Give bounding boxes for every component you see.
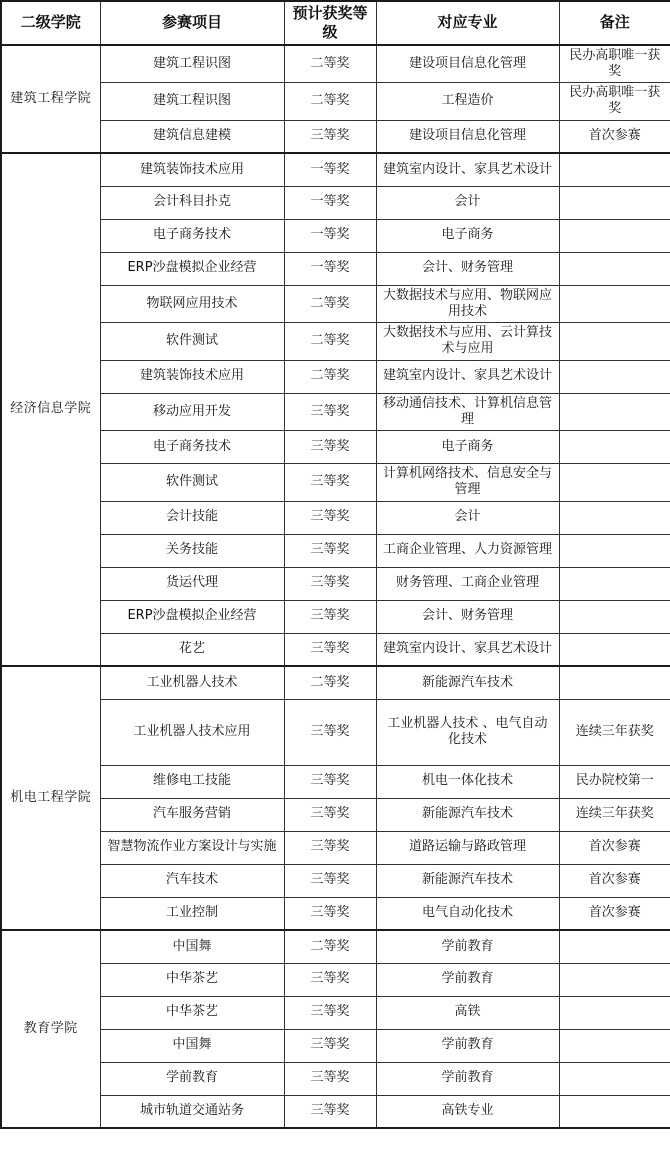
award-cell: 三等奖 [284,1029,376,1062]
major-cell: 财务管理、工商企业管理 [376,567,559,600]
award-cell: 二等奖 [284,930,376,963]
note-cell [559,963,670,996]
header-project: 参赛项目 [100,1,284,45]
project-cell: 工业机器人技术 [100,666,284,699]
award-cell: 三等奖 [284,567,376,600]
note-cell [559,1062,670,1095]
award-cell: 三等奖 [284,534,376,567]
table-row: 物联网应用技术二等奖大数据技术与应用、物联网应用技术 [1,285,670,323]
note-cell: 首次参赛 [559,864,670,897]
major-cell: 学前教育 [376,930,559,963]
project-cell: 建筑工程识图 [100,83,284,121]
project-cell: 汽车服务营销 [100,798,284,831]
note-cell: 民办高职唯一获奖 [559,83,670,121]
table-row: ERP沙盘模拟企业经营三等奖会计、财务管理 [1,600,670,633]
major-cell: 学前教育 [376,1029,559,1062]
project-cell: 学前教育 [100,1062,284,1095]
project-cell: 建筑装饰技术应用 [100,153,284,186]
header-note: 备注 [559,1,670,45]
major-cell: 高铁 [376,996,559,1029]
note-cell [559,323,670,361]
project-cell: 移动应用开发 [100,393,284,431]
project-cell: 智慧物流作业方案设计与实施 [100,831,284,864]
header-college: 二级学院 [1,1,100,45]
table-row: 中华茶艺三等奖学前教育 [1,963,670,996]
table-row: 机电工程学院工业机器人技术二等奖新能源汽车技术 [1,666,670,699]
table-header: 二级学院 参赛项目 预计获奖等级 对应专业 备注 [1,1,670,45]
table-body: 建筑工程学院建筑工程识图二等奖建设项目信息化管理民办高职唯一获奖建筑工程识图二等… [1,45,670,1129]
table-row: 电子商务技术三等奖电子商务 [1,431,670,464]
table-row: 工业机器人技术应用三等奖工业机器人技术 、电气自动化技术连续三年获奖 [1,699,670,765]
major-cell: 新能源汽车技术 [376,666,559,699]
table-row: 智慧物流作业方案设计与实施三等奖道路运输与路政管理首次参赛 [1,831,670,864]
major-cell: 工程造价 [376,83,559,121]
award-cell: 二等奖 [284,323,376,361]
header-major: 对应专业 [376,1,559,45]
table-row: ERP沙盘模拟企业经营一等奖会计、财务管理 [1,252,670,285]
project-cell: 物联网应用技术 [100,285,284,323]
major-cell: 会计、财务管理 [376,252,559,285]
award-cell: 三等奖 [284,600,376,633]
note-cell [559,153,670,186]
table-row: 中国舞三等奖学前教育 [1,1029,670,1062]
award-cell: 二等奖 [284,45,376,83]
major-cell: 学前教育 [376,1062,559,1095]
major-cell: 电子商务 [376,219,559,252]
award-cell: 三等奖 [284,633,376,666]
project-cell: 建筑信息建模 [100,120,284,153]
major-cell: 移动通信技术、计算机信息管理 [376,393,559,431]
major-cell: 建筑室内设计、家具艺术设计 [376,153,559,186]
table-row: 建筑工程识图二等奖工程造价民办高职唯一获奖 [1,83,670,121]
table-row: 教育学院中国舞二等奖学前教育 [1,930,670,963]
major-cell: 大数据技术与应用、云计算技术与应用 [376,323,559,361]
award-cell: 一等奖 [284,153,376,186]
major-cell: 会计 [376,186,559,219]
project-cell: 建筑装饰技术应用 [100,360,284,393]
major-cell: 大数据技术与应用、物联网应用技术 [376,285,559,323]
award-cell: 二等奖 [284,360,376,393]
project-cell: 中华茶艺 [100,963,284,996]
award-cell: 二等奖 [284,83,376,121]
project-cell: 电子商务技术 [100,431,284,464]
project-cell: ERP沙盘模拟企业经营 [100,600,284,633]
project-cell: 会计科目扑克 [100,186,284,219]
major-cell: 学前教育 [376,963,559,996]
note-cell [559,393,670,431]
note-cell: 首次参赛 [559,897,670,930]
major-cell: 电气自动化技术 [376,897,559,930]
college-cell: 建筑工程学院 [1,45,100,154]
note-cell [559,600,670,633]
table-row: 花艺三等奖建筑室内设计、家具艺术设计 [1,633,670,666]
note-cell: 首次参赛 [559,831,670,864]
major-cell: 电子商务 [376,431,559,464]
award-cell: 三等奖 [284,120,376,153]
note-cell [559,360,670,393]
note-cell: 连续三年获奖 [559,798,670,831]
table-row: 建筑信息建模三等奖建设项目信息化管理首次参赛 [1,120,670,153]
project-cell: 城市轨道交通站务 [100,1095,284,1128]
major-cell: 新能源汽车技术 [376,864,559,897]
major-cell: 会计、财务管理 [376,600,559,633]
college-cell: 教育学院 [1,930,100,1128]
note-cell: 连续三年获奖 [559,699,670,765]
note-cell [559,219,670,252]
note-cell [559,464,670,502]
table-row: 货运代理三等奖财务管理、工商企业管理 [1,567,670,600]
college-cell: 经济信息学院 [1,153,100,666]
table-row: 经济信息学院建筑装饰技术应用一等奖建筑室内设计、家具艺术设计 [1,153,670,186]
note-cell [559,1095,670,1128]
header-award: 预计获奖等级 [284,1,376,45]
project-cell: 工业机器人技术应用 [100,699,284,765]
project-cell: 建筑工程识图 [100,45,284,83]
award-cell: 二等奖 [284,285,376,323]
award-cell: 三等奖 [284,1062,376,1095]
project-cell: 软件测试 [100,464,284,502]
major-cell: 机电一体化技术 [376,765,559,798]
header-row: 二级学院 参赛项目 预计获奖等级 对应专业 备注 [1,1,670,45]
major-cell: 计算机网络技术、信息安全与管理 [376,464,559,502]
table-row: 学前教育三等奖学前教育 [1,1062,670,1095]
project-cell: ERP沙盘模拟企业经营 [100,252,284,285]
major-cell: 新能源汽车技术 [376,798,559,831]
project-cell: 工业控制 [100,897,284,930]
project-cell: 中国舞 [100,930,284,963]
document-page: 二级学院 参赛项目 预计获奖等级 对应专业 备注 建筑工程学院建筑工程识图二等奖… [0,0,670,1176]
major-cell: 工商企业管理、人力资源管理 [376,534,559,567]
project-cell: 中国舞 [100,1029,284,1062]
project-cell: 软件测试 [100,323,284,361]
table-row: 会计技能三等奖会计 [1,501,670,534]
table-row: 建筑装饰技术应用二等奖建筑室内设计、家具艺术设计 [1,360,670,393]
project-cell: 花艺 [100,633,284,666]
note-cell [559,431,670,464]
table-row: 软件测试二等奖大数据技术与应用、云计算技术与应用 [1,323,670,361]
note-cell [559,996,670,1029]
award-cell: 三等奖 [284,393,376,431]
award-cell: 三等奖 [284,897,376,930]
award-cell: 一等奖 [284,186,376,219]
major-cell: 会计 [376,501,559,534]
major-cell: 建设项目信息化管理 [376,45,559,83]
award-cell: 三等奖 [284,501,376,534]
project-cell: 关务技能 [100,534,284,567]
project-cell: 电子商务技术 [100,219,284,252]
note-cell [559,633,670,666]
major-cell: 建筑室内设计、家具艺术设计 [376,633,559,666]
note-cell [559,285,670,323]
project-cell: 中华茶艺 [100,996,284,1029]
note-cell [559,930,670,963]
award-cell: 三等奖 [284,765,376,798]
table-row: 建筑工程学院建筑工程识图二等奖建设项目信息化管理民办高职唯一获奖 [1,45,670,83]
major-cell: 道路运输与路政管理 [376,831,559,864]
award-cell: 二等奖 [284,666,376,699]
note-cell [559,186,670,219]
award-cell: 三等奖 [284,996,376,1029]
table-row: 维修电工技能三等奖机电一体化技术民办院校第一 [1,765,670,798]
award-cell: 三等奖 [284,864,376,897]
note-cell [559,252,670,285]
award-cell: 三等奖 [284,798,376,831]
note-cell [559,534,670,567]
award-cell: 三等奖 [284,1095,376,1128]
award-cell: 三等奖 [284,431,376,464]
project-cell: 汽车技术 [100,864,284,897]
table-row: 移动应用开发三等奖移动通信技术、计算机信息管理 [1,393,670,431]
note-cell [559,501,670,534]
award-cell: 三等奖 [284,464,376,502]
project-cell: 维修电工技能 [100,765,284,798]
note-cell: 民办高职唯一获奖 [559,45,670,83]
note-cell: 民办院校第一 [559,765,670,798]
table-row: 会计科目扑克一等奖会计 [1,186,670,219]
major-cell: 工业机器人技术 、电气自动化技术 [376,699,559,765]
table-row: 城市轨道交通站务三等奖高铁专业 [1,1095,670,1128]
major-cell: 高铁专业 [376,1095,559,1128]
note-cell: 首次参赛 [559,120,670,153]
table-row: 汽车服务营销三等奖新能源汽车技术连续三年获奖 [1,798,670,831]
table-row: 电子商务技术一等奖电子商务 [1,219,670,252]
note-cell [559,567,670,600]
project-cell: 会计技能 [100,501,284,534]
table-row: 软件测试三等奖计算机网络技术、信息安全与管理 [1,464,670,502]
major-cell: 建筑室内设计、家具艺术设计 [376,360,559,393]
award-cell: 一等奖 [284,219,376,252]
award-table: 二级学院 参赛项目 预计获奖等级 对应专业 备注 建筑工程学院建筑工程识图二等奖… [0,0,670,1129]
award-cell: 三等奖 [284,699,376,765]
award-cell: 三等奖 [284,831,376,864]
award-cell: 三等奖 [284,963,376,996]
note-cell [559,666,670,699]
award-cell: 一等奖 [284,252,376,285]
table-row: 汽车技术三等奖新能源汽车技术首次参赛 [1,864,670,897]
note-cell [559,1029,670,1062]
table-row: 关务技能三等奖工商企业管理、人力资源管理 [1,534,670,567]
college-cell: 机电工程学院 [1,666,100,930]
table-row: 工业控制三等奖电气自动化技术首次参赛 [1,897,670,930]
project-cell: 货运代理 [100,567,284,600]
table-row: 中华茶艺三等奖高铁 [1,996,670,1029]
major-cell: 建设项目信息化管理 [376,120,559,153]
